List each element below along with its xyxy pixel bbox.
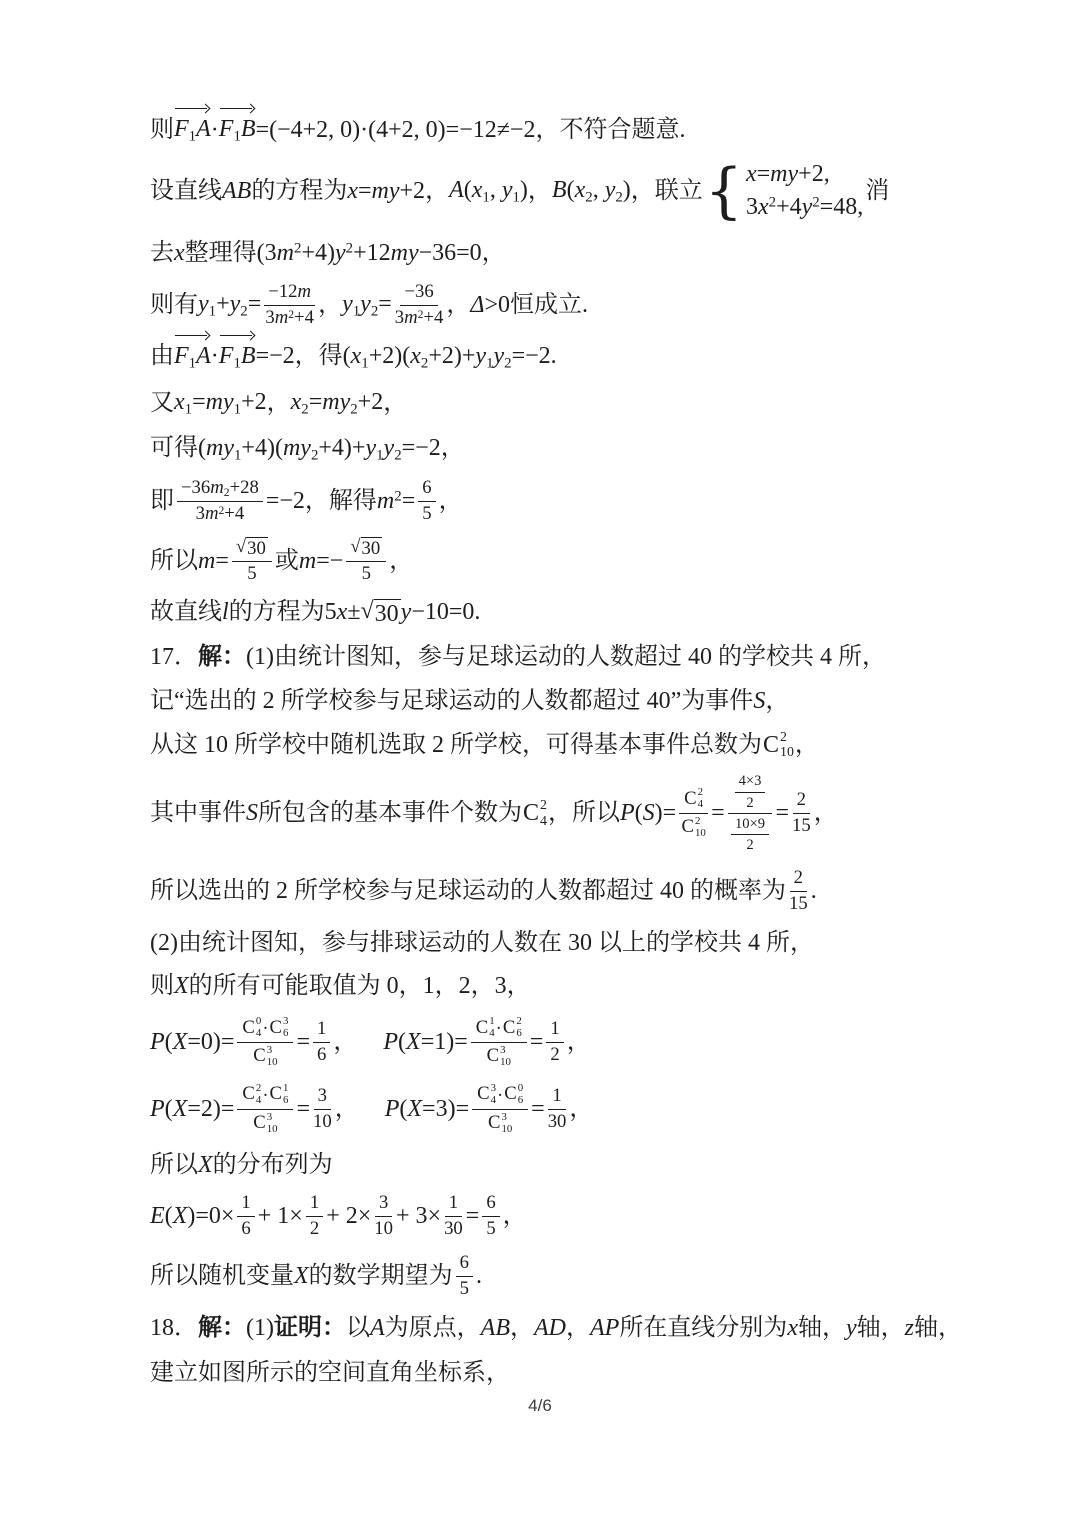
fraction: 65 — [418, 478, 435, 525]
radical-sign-icon: √ — [361, 599, 374, 624]
fraction: 65 — [482, 1193, 499, 1240]
text-run: 的方程为 — [229, 597, 325, 628]
vector-overline: F1A — [174, 114, 211, 146]
text-run: 的方程为 — [251, 176, 347, 207]
bold-label: 解： — [198, 642, 246, 673]
math-run: x=my+2 — [347, 176, 425, 207]
text-run: ， — [425, 176, 449, 207]
math-run: + 3× — [396, 1201, 441, 1232]
solution-line-4: 则有 y1+y2=−12m3m2+4，y1y2=−363m2+4，Δ>0 恒成立… — [150, 282, 950, 329]
text-run: 消 — [865, 176, 889, 207]
sqrt-radical: √30 — [236, 537, 268, 560]
fraction: 130 — [444, 1193, 463, 1240]
combination-symbol: C24 — [684, 787, 703, 811]
math-run: = — [711, 798, 725, 829]
text-run: 所以 — [150, 546, 198, 577]
math-run: x=my+2, — [746, 159, 830, 190]
fraction: 65 — [456, 1253, 473, 1300]
fraction: 4×32 — [735, 773, 766, 811]
text-run: 17． — [150, 642, 198, 673]
text-run: 的分布列为 — [213, 1150, 333, 1181]
equation-system: {x=my+2,3x2+4y2=48, — [705, 159, 863, 222]
brace-icon: { — [705, 166, 743, 217]
math-run: · — [496, 1019, 502, 1040]
math-run: (x1+2)(x2+2)+y1y2=−2. — [343, 341, 557, 373]
text-run: 所以随机变量 — [150, 1261, 294, 1292]
text-run: ， — [569, 1094, 593, 1125]
math-run: y — [846, 1313, 857, 1344]
text-run: 恒成立. — [510, 290, 588, 321]
math-run: 5x± — [325, 597, 361, 628]
fraction: 215 — [789, 868, 808, 915]
text-run: 所在直线分别为 — [619, 1313, 787, 1344]
text-run: . — [811, 876, 817, 907]
text-run: 以 — [346, 1313, 370, 1344]
solution-line-21: E(X)=0×16 + 1×12 + 2×310 + 3×130=65， — [150, 1193, 950, 1240]
math-run: = — [531, 1094, 545, 1125]
bold-label: 证明： — [274, 1313, 346, 1344]
solution-line-7: 可得(my1+4)(my2+4)+y1y2=−2， — [150, 433, 950, 465]
math-run: =−2 — [266, 486, 305, 517]
text-run: 设直线 — [150, 176, 222, 207]
combination-symbol: C310 — [253, 1112, 277, 1136]
math-run: P(S)= — [620, 798, 676, 829]
text-run: 或 — [275, 546, 299, 577]
text-run: ， — [333, 1027, 357, 1058]
text-run: ， — [439, 486, 463, 517]
text-run: ，联立 — [631, 176, 703, 207]
combination-symbol: C36 — [270, 1016, 289, 1040]
text-run: 其中事件 — [150, 798, 246, 829]
combination-symbol: C06 — [504, 1083, 523, 1107]
solution-line-9: 所以 m=√305或 m=−√305， — [150, 537, 950, 586]
text-run: 即 — [150, 486, 174, 517]
math-run: m2= — [377, 486, 415, 517]
solution-line-22: 所以随机变量 X 的数学期望为65. — [150, 1253, 950, 1300]
math-run: · — [262, 1019, 268, 1040]
math-run: A — [370, 1313, 385, 1344]
text-run: ，得 — [295, 341, 343, 372]
text-run: 所以 — [150, 1150, 198, 1181]
fraction: 12 — [546, 1019, 563, 1066]
math-run: X — [198, 1150, 213, 1181]
math-run: =(−4+2, 0)·(4+2, 0)=−12≠−2 — [256, 115, 536, 146]
page-number: 4/6 — [0, 1396, 1080, 1416]
text-run: ， — [441, 433, 465, 464]
math-run: m= — [198, 546, 229, 577]
solution-line-6: 又 x1=my1+2，x2=my2+2， — [150, 387, 950, 419]
text-run: ， — [510, 1313, 534, 1344]
text-run: . — [476, 1261, 482, 1292]
text-run: ， — [335, 1094, 359, 1125]
solution-line-14: 其中事件 S 所包含的基本事件个数为C24，所以 P(S)=C24C210=4×… — [150, 773, 950, 853]
math-run: x2=my2+2 — [291, 387, 384, 419]
fraction: C24C210 — [679, 787, 708, 840]
text-run: 又 — [150, 388, 174, 419]
combination-symbol: C24 — [242, 1083, 261, 1107]
text-run: 18． — [150, 1313, 198, 1344]
text-run: 记“选出的 2 所学校参与足球运动的人数都超过 40”为事件 — [150, 686, 753, 717]
fraction: C14·C26C310 — [471, 1016, 527, 1069]
math-run: 3x2+4y2=48, — [746, 192, 863, 223]
math-run: P(X=1)= — [383, 1027, 467, 1058]
math-run: · — [211, 341, 219, 372]
solution-line-23: 18．解：(1)证明：以 A 为原点，AB，AD，AP 所在直线分别为 x 轴，… — [150, 1313, 950, 1344]
math-run: B(x2, y2) — [552, 175, 631, 207]
fraction: C04·C36C310 — [237, 1016, 293, 1069]
fraction: 310 — [374, 1193, 393, 1240]
text-run: ， — [267, 388, 291, 419]
vector-overline: F1A — [174, 341, 211, 373]
text-run: ， — [567, 1027, 591, 1058]
text-run: 所以选出的 2 所学校参与足球运动的人数都超过 40 的概率为 — [150, 876, 786, 907]
math-run: (3m2+4)y2+12my−36=0 — [257, 238, 482, 269]
math-run: = — [466, 1201, 480, 1232]
solution-line-15: 所以选出的 2 所学校参与足球运动的人数都超过 40 的概率为215. — [150, 868, 950, 915]
math-run: E(X)=0× — [150, 1201, 234, 1232]
solution-text-block: 则F1A · F1B=(−4+2, 0)·(4+2, 0)=−12≠−2，不符合… — [150, 114, 950, 1389]
combination-symbol: C24 — [523, 798, 547, 829]
math-run: = — [530, 1027, 544, 1058]
text-run: (2)由统计图知，参与排球运动的人数在 30 以上的学校共 4 所， — [150, 928, 814, 959]
solution-line-18: P(X=0)=C04·C36C310=16，P(X=1)=C14·C26C310… — [150, 1016, 950, 1069]
combination-symbol: C210 — [681, 816, 705, 840]
combination-symbol: C310 — [253, 1045, 277, 1069]
fraction: 16 — [237, 1193, 254, 1240]
document-page: 则F1A · F1B=(−4+2, 0)·(4+2, 0)=−12≠−2，不符合… — [0, 0, 1080, 1527]
text-run: (1)由统计图知，参与足球运动的人数超过 40 的学校共 4 所， — [246, 642, 886, 673]
text-run: 为原点， — [385, 1313, 481, 1344]
math-run: y1y2= — [342, 289, 392, 321]
solution-line-3: 去 x 整理得(3m2+4)y2+12my−36=0， — [150, 238, 950, 269]
text-run: ，不符合题意. — [535, 115, 685, 146]
solution-line-11: 17．解：(1)由统计图知，参与足球运动的人数超过 40 的学校共 4 所， — [150, 642, 950, 673]
text-run: 轴， — [914, 1313, 962, 1344]
math-run: P(X=2)= — [150, 1094, 234, 1125]
text-run: ， — [482, 238, 506, 269]
text-run: ， — [318, 290, 342, 321]
fraction: √305 — [346, 537, 386, 586]
fraction: 10×92 — [731, 816, 769, 854]
combination-symbol: C04 — [242, 1016, 261, 1040]
combination-symbol: C210 — [763, 730, 794, 761]
math-run: A(x1, y1) — [449, 175, 528, 207]
fraction: 12 — [306, 1193, 323, 1240]
text-run: ， — [765, 686, 789, 717]
vector-overline: F1B — [219, 114, 256, 146]
text-run: 去 — [150, 238, 174, 269]
solution-line-17: 则 X 的所有可能取值为 0，1，2，3， — [150, 971, 950, 1002]
text-run: 所包含的基本事件个数为 — [258, 798, 522, 829]
fraction: 16 — [313, 1019, 330, 1066]
text-run: ， — [389, 546, 413, 577]
text-run: ， — [795, 730, 819, 761]
solution-line-13: 从这 10 所学校中随机选取 2 所学校，可得基本事件总数为C210， — [150, 730, 950, 761]
text-run: 故直线 — [150, 597, 222, 628]
text-run: 轴， — [798, 1313, 846, 1344]
text-run: ，解得 — [305, 486, 377, 517]
math-run: x1=my1+2 — [174, 387, 267, 419]
math-run: x — [787, 1313, 798, 1344]
solution-line-24: 建立如图所示的空间直角坐标系， — [150, 1358, 950, 1389]
math-run: + 2× — [326, 1201, 371, 1232]
fraction: 130 — [548, 1086, 567, 1133]
bold-label: 解： — [198, 1313, 246, 1344]
text-run: 则 — [150, 971, 174, 1002]
text-run: ， — [446, 290, 470, 321]
solution-line-19: P(X=2)=C24·C16C310=310，P(X=3)=C34·C06C31… — [150, 1083, 950, 1136]
text-run: 则有 — [150, 290, 198, 321]
text-run: ， — [814, 798, 838, 829]
sqrt-radical: √30 — [361, 599, 401, 627]
text-run: 可得 — [150, 433, 198, 464]
text-run: 的所有可能取值为 0，1，2，3， — [189, 971, 531, 1002]
math-run: =−2 — [256, 341, 295, 372]
radical-sign-icon: √ — [350, 537, 360, 557]
text-run: (1) — [246, 1313, 274, 1344]
text-run: 整理得 — [185, 238, 257, 269]
solution-line-1: 则F1A · F1B=(−4+2, 0)·(4+2, 0)=−12≠−2，不符合… — [150, 114, 950, 146]
solution-line-10: 故直线 l 的方程为 5x±√30y−10=0. — [150, 597, 950, 628]
math-run: · — [497, 1086, 503, 1107]
text-run: 的数学期望为 — [309, 1261, 453, 1292]
solution-line-8: 即−36m2+283m2+4=−2，解得 m2=65， — [150, 478, 950, 525]
math-run: x — [174, 238, 185, 269]
solution-line-2: 设直线 AB 的方程为 x=my+2，A(x1, y1)，B(x2, y2)，联… — [150, 159, 950, 222]
math-run: P(X=3)= — [385, 1094, 469, 1125]
solution-line-16: (2)由统计图知，参与排球运动的人数在 30 以上的学校共 4 所， — [150, 928, 950, 959]
math-run: · — [262, 1086, 268, 1107]
text-run: ，所以 — [548, 798, 620, 829]
sqrt-radical: √30 — [350, 537, 382, 560]
combination-symbol: C310 — [488, 1112, 512, 1136]
math-run: y1+y2= — [198, 289, 261, 321]
combination-symbol: C14 — [476, 1016, 495, 1040]
fraction: C24·C16C310 — [237, 1083, 293, 1136]
math-run: = — [296, 1094, 310, 1125]
math-run: S — [246, 798, 258, 829]
fraction: −36m2+283m2+4 — [177, 478, 263, 525]
fraction: 310 — [313, 1086, 332, 1133]
text-run: ， — [503, 1201, 527, 1232]
fraction: C34·C06C310 — [472, 1083, 528, 1136]
math-run: = — [296, 1027, 310, 1058]
combination-symbol: C16 — [270, 1083, 289, 1107]
math-run: m=− — [299, 546, 343, 577]
text-run: 建立如图所示的空间直角坐标系， — [150, 1358, 510, 1389]
math-run: P(X=0)= — [150, 1027, 234, 1058]
text-run: ， — [566, 1313, 590, 1344]
math-run: + 1× — [258, 1201, 303, 1232]
math-run: · — [211, 115, 219, 146]
fraction: √305 — [232, 537, 272, 586]
math-run: X — [174, 971, 189, 1002]
math-run: AB — [222, 176, 251, 207]
math-run: S — [753, 686, 765, 717]
text-run: 从这 10 所学校中随机选取 2 所学校，可得基本事件总数为 — [150, 730, 762, 761]
math-run: z — [905, 1313, 914, 1344]
fraction: −363m2+4 — [395, 282, 444, 329]
fraction: −12m3m2+4 — [264, 282, 315, 329]
solution-line-20: 所以 X 的分布列为 — [150, 1150, 950, 1181]
solution-line-12: 记“选出的 2 所学校参与足球运动的人数都超过 40”为事件 S， — [150, 686, 950, 717]
combination-symbol: C34 — [477, 1083, 496, 1107]
text-run: 则 — [150, 115, 174, 146]
math-run: AB — [481, 1313, 510, 1344]
text-run: 由 — [150, 341, 174, 372]
radical-sign-icon: √ — [236, 537, 246, 557]
math-run: = — [775, 798, 789, 829]
math-run: Δ>0 — [470, 290, 510, 321]
math-run: X — [294, 1261, 309, 1292]
math-run: (my1+4)(my2+4)+y1y2=−2 — [198, 433, 441, 465]
fraction: 4×3210×92 — [728, 773, 773, 853]
combination-symbol: C310 — [487, 1045, 511, 1069]
text-run: ， — [528, 176, 552, 207]
solution-line-5: 由F1A · F1B=−2，得(x1+2)(x2+2)+y1y2=−2. — [150, 341, 950, 373]
vector-overline: F1B — [219, 341, 256, 373]
combination-symbol: C26 — [503, 1016, 522, 1040]
fraction: 215 — [792, 790, 811, 837]
math-run: y−10=0. — [401, 597, 481, 628]
text-run: ， — [383, 388, 407, 419]
math-run: AD — [534, 1313, 566, 1344]
text-run: 轴， — [857, 1313, 905, 1344]
math-run: AP — [590, 1313, 619, 1344]
math-run: l — [222, 597, 229, 628]
